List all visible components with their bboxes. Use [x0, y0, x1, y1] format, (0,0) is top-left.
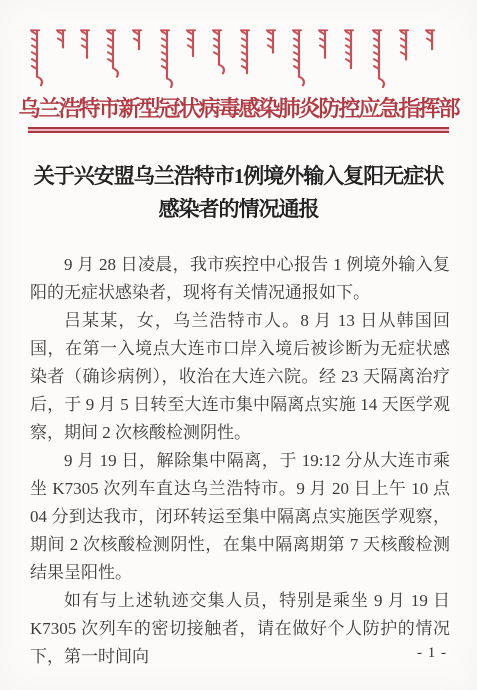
- mongolian-script-icon: [29, 26, 449, 88]
- paragraph-report: 9 月 28 日凌晨，我市疾控中心报告 1 例境外输入复阳的无症状感染者，现将有…: [30, 251, 450, 307]
- document-title: 关于兴安盟乌兰浩特市1例境外输入复阳无症状 感染者的情况通报: [20, 160, 457, 226]
- document-body: 9 月 28 日凌晨，我市疾控中心报告 1 例境外输入复阳的无症状感染者，现将有…: [30, 251, 450, 671]
- document-title-line2: 感染者的情况通报: [20, 193, 457, 226]
- page-number: - 1 -: [417, 645, 447, 662]
- red-divider-line: [28, 127, 449, 133]
- document-page: 乌兰浩特市新型冠状病毒感染肺炎防控应急指挥部 关于兴安盟乌兰浩特市1例境外输入复…: [0, 0, 477, 690]
- paragraph-travel-trajectory: 9 月 19 日，解除集中隔离，于 19:12 分从大连市乘坐 K7305 次列…: [30, 447, 450, 587]
- document-title-line1: 关于兴安盟乌兰浩特市1例境外输入复阳无症状: [20, 160, 457, 193]
- issuing-authority-title: 乌兰浩特市新型冠状病毒感染肺炎防控应急指挥部: [0, 92, 477, 123]
- paragraph-case-history: 吕某某，女，乌兰浩特市人。8 月 13 日从韩国回国，在第一入境点大连市口岸入境…: [30, 307, 450, 447]
- paragraph-public-notice: 如有与上述轨迹交集人员，特别是乘坐 9 月 19 日 K7305 次列车的密切接…: [30, 587, 450, 671]
